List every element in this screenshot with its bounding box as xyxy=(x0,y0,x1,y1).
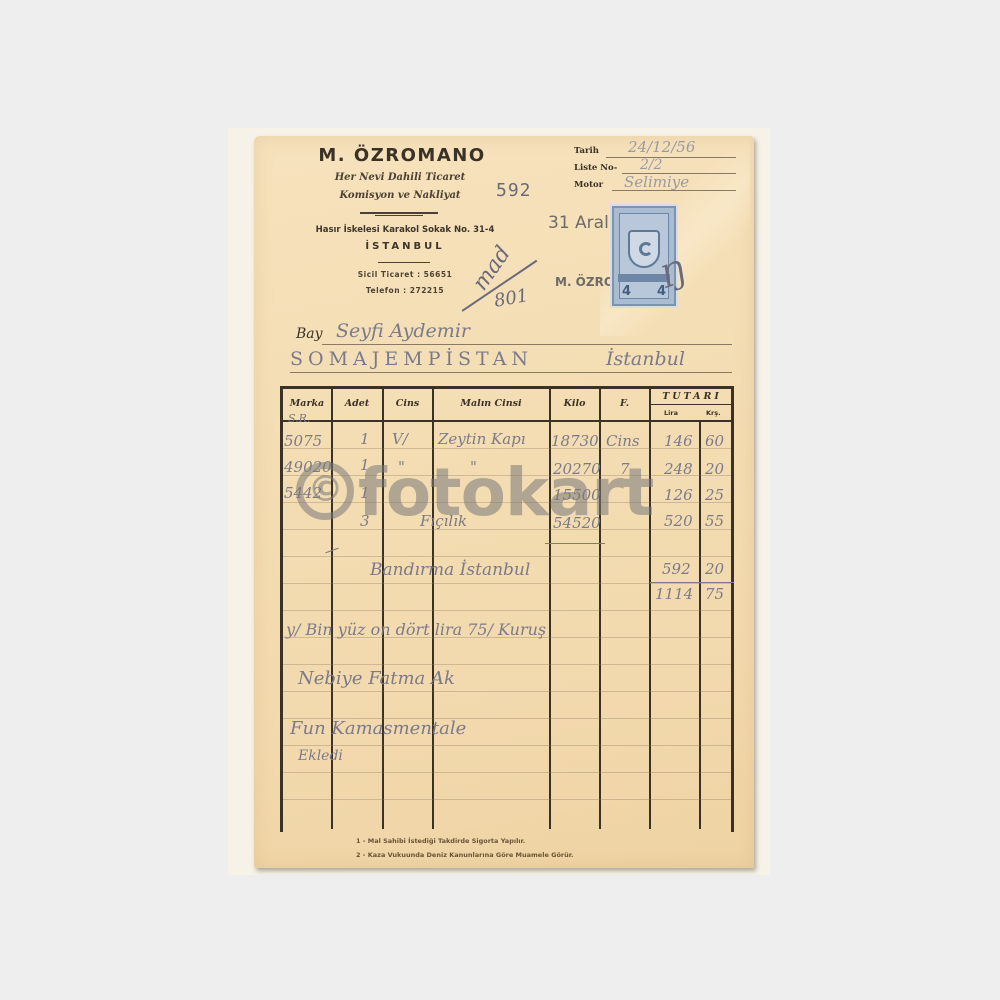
row-line xyxy=(283,745,731,746)
row1-kurus: 60 xyxy=(705,432,724,450)
addressee-line-2-text: SOMAJEMPİSTAN xyxy=(290,348,533,370)
row1-malin: Zeytin Kapı xyxy=(438,430,526,448)
addressee-line-2 xyxy=(290,372,732,373)
row-line xyxy=(283,772,731,773)
addressee-label: Bay xyxy=(296,326,323,342)
date-value: 24/12/56 xyxy=(628,138,695,156)
divider xyxy=(378,262,430,263)
row5-kurus: 20 xyxy=(705,560,724,578)
table-header-divider xyxy=(280,420,734,422)
row-line xyxy=(283,583,731,584)
copyright-icon: © xyxy=(296,462,354,520)
row1-lira: 146 xyxy=(664,432,693,450)
date-label: Tarih xyxy=(574,146,599,156)
company-city: İSTANBUL xyxy=(320,241,490,252)
date-line xyxy=(606,157,736,158)
company-address: Hasır İskelesi Karakol Sokak No. 31-4 xyxy=(290,225,520,235)
stamp-value-left: 4 xyxy=(622,284,631,299)
stamped-number: 592 xyxy=(496,180,532,201)
crescent-icon xyxy=(639,242,653,256)
header-kilo: Kilo xyxy=(550,398,599,409)
total-kurus: 75 xyxy=(705,585,724,603)
row5-lira: 592 xyxy=(662,560,691,578)
watermark-text: fotokart xyxy=(358,454,653,531)
tutari-divider xyxy=(650,404,734,405)
note-line-2: Nebiye Fatma Ak xyxy=(298,668,455,689)
header-marka: Marka xyxy=(283,398,331,409)
row-line xyxy=(283,556,731,557)
row-line xyxy=(283,691,731,692)
row1-adet: 1 xyxy=(360,430,370,448)
company-name: M. ÖZROMANO xyxy=(317,145,487,166)
amount-in-words: y/ Bin yüz on dört lira 75/ Kuruş xyxy=(286,620,546,639)
header-adet: Adet xyxy=(332,398,382,409)
divider xyxy=(375,215,423,216)
row1-cins: V/ xyxy=(392,430,408,448)
row-line xyxy=(283,664,731,665)
header-f: F. xyxy=(600,398,649,409)
row1-f: Cins xyxy=(606,432,640,450)
phone-number: Telefon : 272215 xyxy=(330,286,480,295)
footer-note-1: 1 - Mal Sahibi İstediği Takdirde Sigorta… xyxy=(356,837,525,845)
addressee-line-1 xyxy=(322,344,732,345)
motor-label: Motor xyxy=(574,180,603,190)
row1-marka: 5075 xyxy=(284,432,322,450)
header-malin-cinsi: Malın Cinsi xyxy=(433,398,549,409)
row-line xyxy=(283,799,731,800)
total-lira: 1114 xyxy=(655,585,693,603)
motor-value: Selimiye xyxy=(624,173,689,191)
goods-table xyxy=(280,386,734,832)
note-line-3: Fun Kamasmentale xyxy=(290,718,466,739)
watermark: ©fotokart xyxy=(296,460,716,526)
subtotal-line xyxy=(545,543,605,544)
header-kurus: Krş. xyxy=(706,409,721,417)
header-lira: Lira xyxy=(664,409,678,417)
list-no-label: Liste No- xyxy=(574,163,617,173)
total-line xyxy=(650,582,734,583)
row1-kilo: 18730 xyxy=(551,432,599,450)
company-tagline-1: Her Nevi Dahili Ticaret xyxy=(300,172,500,183)
header-cins: Cins xyxy=(383,398,432,409)
row-line xyxy=(283,610,731,611)
header-tutari: TUTARI xyxy=(650,391,734,402)
marka-note: S.R. xyxy=(288,412,310,425)
trade-registry: Sicil Ticaret : 56651 xyxy=(330,270,480,279)
addressee-name: Seyfi Aydemir xyxy=(336,320,470,342)
list-no-value: 2/2 xyxy=(640,157,663,173)
company-tagline-2: Komisyon ve Nakliyat xyxy=(300,190,500,201)
divider xyxy=(360,212,438,214)
addressee-city: İstanbul xyxy=(606,348,685,370)
row5-malin: Bandırma İstanbul xyxy=(370,560,530,580)
note-line-4: Ekledi xyxy=(298,748,343,764)
footer-note-2: 2 - Kaza Vukuunda Deniz Kanunlarına Göre… xyxy=(356,851,574,859)
